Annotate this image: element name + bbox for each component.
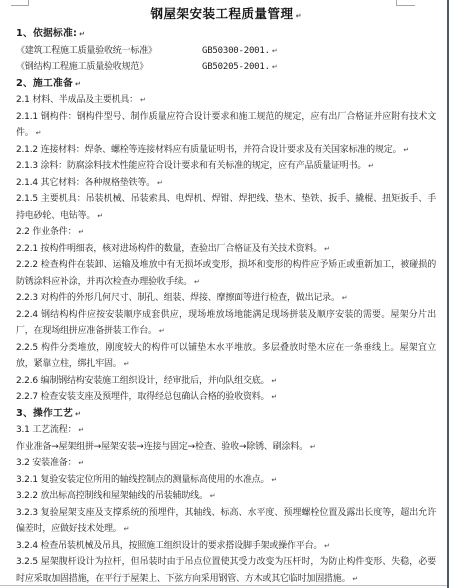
paragraph-mark: ↵ [157, 179, 163, 187]
reference-title: 《钢结构工程施工质量验收规范》 [16, 59, 202, 76]
block-text: 3、操作工艺 [16, 408, 73, 419]
block-text: 3.1 工艺流程： [16, 425, 76, 435]
page-bottom-line [0, 585, 447, 586]
doc-paragraph: 3.1 工艺流程：↵ [16, 422, 436, 439]
paragraph-mark: ↵ [271, 377, 277, 385]
block-text: 2.1 材料、半成品及主要机具： [16, 95, 138, 105]
paragraph-mark: ↵ [271, 393, 277, 401]
doc-heading: 3、操作工艺↵ [16, 406, 436, 423]
paragraph-mark: ↵ [296, 12, 302, 20]
doc-paragraph: 3.2.3 复验屋架支座及支撑系统的预埋件，其轴线、标高、水平度、预埋螺栓位置及… [16, 505, 436, 538]
document-title-text: 钢屋架安装工程质量管理 [151, 6, 294, 21]
reference-title: 《建筑工程施工质量验收统一标准》 [16, 43, 202, 60]
block-text: 2.1.5 主要机具：吊装机械、吊装索具、电焊机、焊钳、焊把线、垫木、垫铁、扳手… [16, 194, 436, 221]
block-text: 2.2.7 检查安装支座及预埋件，取得经总包确认合格的验收资料。 [16, 392, 269, 402]
document-content: 钢屋架安装工程质量管理↵ 1、依据标准:↵《建筑工程施工质量验收统一标准》GB5… [16, 4, 436, 587]
document-title: 钢屋架安装工程质量管理↵ [16, 4, 436, 26]
paragraph-mark: ↵ [78, 426, 84, 434]
block-text: 2.1.3 涂料：防腐涂料技术性能应符合设计要求和有关标准的规定，应有产品质量证… [16, 161, 366, 171]
block-text: 3.2 安装准备： [16, 458, 76, 468]
doc-paragraph: 2.1.2 连接材料：焊条、螺栓等连接材料应有质量证明书，并符合设计要求及有关国… [16, 142, 436, 159]
paragraph-mark: ↵ [272, 47, 278, 55]
doc-paragraph: 2.1.1 钢构件：钢构件型号、制作质量应符合设计要求和施工规范的规定，应有出厂… [16, 109, 436, 142]
window-edge-line [447, 0, 449, 588]
document-body: 1、依据标准:↵《建筑工程施工质量验收统一标准》GB50300-2001.↵《钢… [16, 26, 436, 587]
block-text: 3.2.4 检查吊装机械及吊具，按照施工组织设计的要求搭设脚手架或操作平台。 [16, 541, 322, 551]
document-page: 钢屋架安装工程质量管理↵ 1、依据标准:↵《建筑工程施工质量验收统一标准》GB5… [0, 0, 454, 588]
block-text: 2.2.5 构件分类堆放，刚度较大的构件可以铺垫木水平堆放。多层叠放时垫木应在一… [16, 343, 436, 370]
paragraph-mark: ↵ [352, 575, 358, 583]
paragraph-mark: ↵ [97, 212, 103, 220]
block-text: 2.2.6 编制钢结构安装施工组织设计，经审批后，并向队组交底。 [16, 376, 269, 386]
block-text: 3.2.1 复验安装定位所用的轴线控制点的测量标高使用的水准点。 [16, 475, 269, 485]
doc-paragraph: 2.2.4 钢结构构件应按安装顺序成套供应，现场堆放场地能满足现场拼装及顺序安装… [16, 307, 436, 340]
paragraph-mark: ↵ [342, 294, 348, 302]
block-text: 2.2.3 对构件的外形几何尺寸、制孔、组装、焊接、摩擦面等进行检查，做出记录。 [16, 293, 340, 303]
paragraph-mark: ↵ [403, 146, 409, 154]
paragraph-mark: ↵ [124, 360, 130, 368]
block-text: 2.2.2 检查构件在装卸、运输及堆放中有无损坏或变形，损坏和变形的构件应予矫正… [16, 260, 436, 287]
doc-paragraph: 2.2.6 编制钢结构安装施工组织设计，经审批后，并向队组交底。↵ [16, 373, 436, 390]
paragraph-mark: ↵ [75, 80, 81, 88]
doc-paragraph: 2.2.1 按构件明细表，核对进场构件的数量，查验出厂合格证及有关技术资料。↵ [16, 241, 436, 258]
block-text: 3.2.2 放出标高控制线和屋架轴线的吊装辅助线。 [16, 491, 208, 501]
paragraph-mark: ↵ [124, 525, 130, 533]
doc-paragraph: 2.2.5 构件分类堆放，刚度较大的构件可以铺垫木水平堆放。多层叠放时垫木应在一… [16, 340, 436, 373]
doc-paragraph: 2.2 作业条件：↵ [16, 224, 436, 241]
block-text: 2、施工准备 [16, 78, 73, 89]
paragraph-mark: ↵ [36, 129, 42, 137]
block-text: 3.2.5 屋架腹杆设计为拉杆，但吊装时由于吊点位置使其受力改变为压杆时，为防止… [16, 557, 436, 584]
doc-paragraph: 2.1 材料、半成品及主要机具：↵ [16, 92, 436, 109]
block-text: 2.1.2 连接材料：焊条、螺栓等连接材料应有质量证明书，并符合设计要求及有关国… [16, 145, 401, 155]
doc-paragraph: 2.1.3 涂料：防腐涂料技术性能应符合设计要求和有关标准的规定，应有产品质量证… [16, 158, 436, 175]
doc-paragraph: 3.2 安装准备：↵ [16, 455, 436, 472]
doc-paragraph: 3.2.1 复验安装定位所用的轴线控制点的测量标高使用的水准点。↵ [16, 472, 436, 489]
paragraph-mark: ↵ [79, 30, 85, 38]
paragraph-mark: ↵ [310, 443, 316, 451]
block-text: 2.2 作业条件： [16, 227, 76, 237]
doc-reference: 《建筑工程施工质量验收统一标准》GB50300-2001.↵ [16, 43, 436, 60]
doc-paragraph: 2.1.4 其它材料：各种规格垫铁等。↵ [16, 175, 436, 192]
doc-reference: 《钢结构工程施工质量验收规范》GB50205-2001.↵ [16, 59, 436, 76]
doc-paragraph: 2.2.2 检查构件在装卸、运输及堆放中有无损坏或变形，损坏和变形的构件应予矫正… [16, 257, 436, 290]
doc-heading: 2、施工准备↵ [16, 76, 436, 93]
paragraph-mark: ↵ [78, 459, 84, 467]
paragraph-mark: ↵ [159, 327, 165, 335]
block-text: 2.2.1 按构件明细表，核对进场构件的数量，查验出厂合格证及有关技术资料。 [16, 244, 322, 254]
paragraph-mark: ↵ [75, 410, 81, 418]
block-text: 作业准备→屋架组拼→屋架安装→连接与固定→检查、验收→除锈、刷涂料。 [16, 442, 308, 452]
doc-heading: 1、依据标准:↵ [16, 26, 436, 43]
paragraph-mark: ↵ [140, 96, 146, 104]
paragraph-mark: ↵ [271, 476, 277, 484]
paragraph-mark: ↵ [368, 162, 374, 170]
paragraph-mark: ↵ [78, 228, 84, 236]
reference-code: GB50300-2001. [202, 43, 270, 60]
paragraph-mark: ↵ [194, 278, 200, 286]
paragraph-mark: ↵ [324, 542, 330, 550]
doc-paragraph: 2.2.7 检查安装支座及预埋件，取得经总包确认合格的验收资料。↵ [16, 389, 436, 406]
doc-paragraph: 3.2.4 检查吊装机械及吊具，按照施工组织设计的要求搭设脚手架或操作平台。↵ [16, 538, 436, 555]
block-text: 3.2.3 复验屋架支座及支撑系统的预埋件，其轴线、标高、水平度、预埋螺栓位置及… [16, 508, 436, 535]
reference-code: GB50205-2001. [202, 59, 270, 76]
block-text: 2.1.1 钢构件：钢构件型号、制作质量应符合设计要求和施工规范的规定，应有出厂… [16, 112, 436, 139]
block-text: 2.2.4 钢结构构件应按安装顺序成套供应，现场堆放场地能满足现场拼装及顺序安装… [16, 310, 436, 337]
doc-paragraph: 3.2.5 屋架腹杆设计为拉杆，但吊装时由于吊点位置使其受力改变为压杆时，为防止… [16, 554, 436, 587]
doc-paragraph: 3.2.2 放出标高控制线和屋架轴线的吊装辅助线。↵ [16, 488, 436, 505]
doc-paragraph: 2.2.3 对构件的外形几何尺寸、制孔、组装、焊接、摩擦面等进行检查，做出记录。… [16, 290, 436, 307]
doc-paragraph: 2.1.5 主要机具：吊装机械、吊装索具、电焊机、焊钳、焊把线、垫木、垫铁、扳手… [16, 191, 436, 224]
paragraph-mark: ↵ [210, 492, 216, 500]
block-text: 2.1.4 其它材料：各种规格垫铁等。 [16, 178, 155, 188]
paragraph-mark: ↵ [324, 245, 330, 253]
paragraph-mark: ↵ [272, 63, 278, 71]
block-text: 1、依据标准: [16, 28, 77, 39]
doc-paragraph: 作业准备→屋架组拼→屋架安装→连接与固定→检查、验收→除锈、刷涂料。↵ [16, 439, 436, 456]
